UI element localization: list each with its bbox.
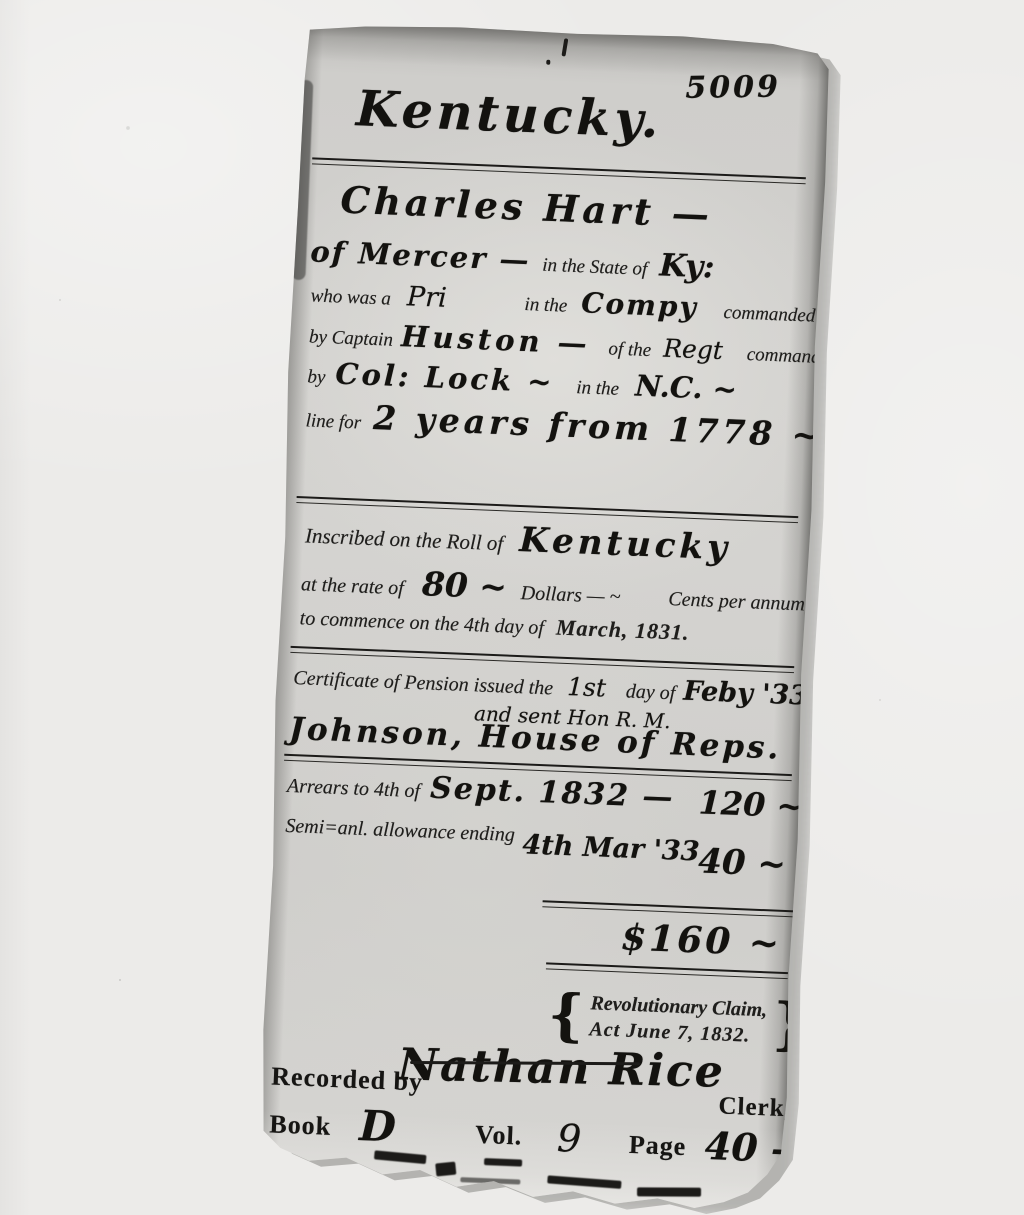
page-label: Page	[628, 1132, 686, 1160]
residence-line: of Mercer — in the State of Ky:	[310, 236, 715, 283]
total-amount: $160 ~	[621, 919, 783, 961]
torn-edge-mark	[547, 1175, 621, 1189]
printed-of-the-regiment: of the	[608, 338, 652, 361]
semiannual-amount: 40 ~	[698, 844, 787, 881]
printed-cents-per-annum: Cents per annum,	[668, 588, 810, 616]
pension-card: 5009 Kentucky. Charles Hart — of Mercer …	[255, 20, 832, 1215]
colonel-line: by Col: Lock ~ in the N.C. ~	[307, 358, 737, 404]
vol-label: Vol.	[475, 1122, 523, 1150]
book-value: D	[359, 1105, 397, 1148]
total-rule-bottom	[546, 962, 788, 979]
pensioner-name: Charles Hart —	[340, 182, 714, 234]
clerk-label: Clerk,	[718, 1093, 792, 1121]
residence-state: Ky:	[659, 247, 715, 285]
stray-ink-mark	[561, 38, 568, 56]
residence-county: of Mercer —	[310, 234, 531, 277]
rank-company-line: who was a Pri in the Compy commanded	[310, 278, 816, 326]
torn-edge-mark	[435, 1162, 456, 1177]
printed-day-of: day of	[625, 680, 675, 704]
captain-name: Huston —	[400, 319, 591, 361]
torn-edge-mark	[374, 1150, 427, 1164]
clerk-signature: Nathan Rice	[397, 1043, 725, 1094]
arrears-date-value: Sept. 1832 —	[430, 771, 676, 816]
printed-at-rate-of: at the rate of	[301, 573, 405, 599]
colonel-name: Col: Lock ~	[335, 356, 555, 399]
printed-in-the-company: in the	[524, 294, 568, 317]
commence-date: March, 1831.	[556, 615, 691, 645]
scanned-document-photo: 5009 Kentucky. Charles Hart — of Mercer …	[0, 0, 1024, 1215]
inscribed-line: Inscribed on the Roll of Kentucky	[305, 514, 732, 565]
rank-value: Pri	[406, 281, 447, 314]
service-term-value: 2 years from 1778 ~	[373, 398, 825, 455]
printed-commanded-1: commanded	[723, 302, 816, 327]
printed-who-was-a: who was a	[310, 285, 391, 309]
state-line-value: N.C. ~	[635, 369, 738, 407]
regiment-value: Regt	[663, 334, 724, 365]
printed-by: by	[307, 366, 326, 388]
vol-value: 9	[556, 1119, 582, 1158]
printed-line-for: line for	[305, 410, 361, 433]
arrears-amount: 120 ~	[698, 786, 804, 822]
printed-to-commence: to commence on the 4th day of	[299, 607, 544, 639]
printed-semiannual-allowance: Semi=anl. allowance ending	[285, 815, 515, 846]
allowance-end-date: 4th Mar '33	[522, 829, 700, 867]
torn-edge-mark	[484, 1158, 522, 1167]
state-title: Kentucky.	[355, 84, 663, 145]
issue-day-value: 1st	[567, 672, 607, 703]
printed-dollars: Dollars — ~	[520, 582, 621, 608]
roll-state-value: Kentucky	[519, 520, 732, 568]
printed-arrears-to: Arrears to 4th of	[287, 775, 421, 802]
printed-by-captain: by Captain	[309, 326, 394, 350]
left-brace: {	[547, 987, 585, 1044]
printed-inscribed-on-roll: Inscribed on the Roll of	[305, 523, 504, 555]
claim-number: 5009	[685, 73, 781, 104]
issue-date-value: Feby '33	[683, 676, 809, 712]
semiannual-line: Semi=anl. allowance ending 4th Mar '33	[285, 810, 700, 854]
residence-printed-text: in the State of	[542, 255, 648, 280]
book-label: Book	[269, 1111, 332, 1139]
arrears-line: Arrears to 4th of Sept. 1832 —	[287, 768, 675, 814]
printed-in-the-line: in the	[576, 377, 620, 400]
rate-line: at the rate of 80 ~ Dollars — ~ Cents pe…	[301, 562, 811, 615]
commence-line: to commence on the 4th day of March, 183…	[299, 606, 690, 644]
company-value: Compy	[581, 286, 699, 324]
rate-value: 80 ~	[421, 564, 508, 606]
stray-ink-dot	[546, 60, 550, 65]
total-rule-top	[542, 900, 796, 917]
service-term-line: line for 2 years from 1778 ~	[305, 398, 824, 452]
torn-edge-mark	[637, 1187, 701, 1196]
printed-certificate-issued: Certificate of Pension issued the	[293, 667, 554, 699]
